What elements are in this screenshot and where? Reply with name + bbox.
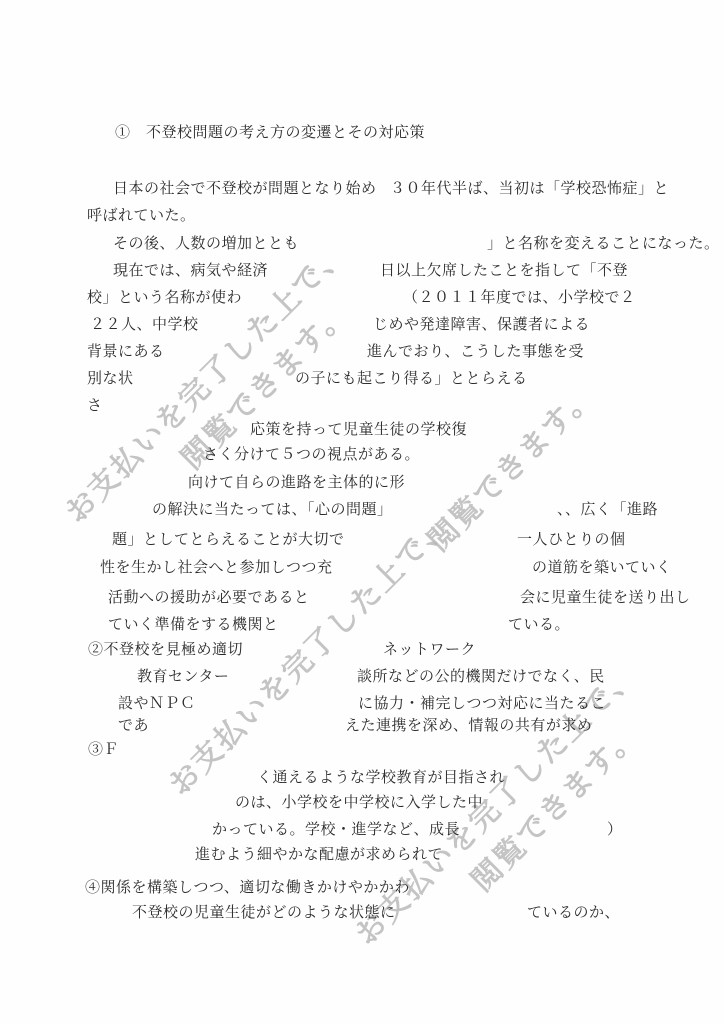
text-segment: 活動への援助が必要であると: [108, 588, 310, 608]
text-segment: ていく準備をする機関と: [108, 615, 279, 635]
text-segment: さく分けて５つの視点がある。: [203, 445, 420, 465]
text-segment: 応策を持って児童生徒の学校復: [250, 420, 467, 440]
text-segment: 設やＮＰＣ: [118, 694, 196, 714]
text-segment: く通えるような学校教育が目指され: [257, 768, 505, 788]
text-segment: 別な状: [87, 369, 134, 389]
text-segment: ている。: [508, 615, 570, 635]
text-segment: えた連携を深め、情報の共有が求め: [345, 716, 592, 736]
text-segment: 不登校の児童生徒がどのような状態に: [132, 903, 396, 923]
text-segment: ④関係を構築しつつ、適切な働きかけやかかわ: [85, 878, 410, 898]
text-segment: ３０年代半ば、当初は「学校恐怖症」と: [390, 179, 669, 199]
text-segment: 」と名称を変えることになった。: [487, 234, 720, 254]
text-segment: ネットワーク: [383, 640, 476, 660]
text-segment: ②不登校を見極め適切: [88, 640, 243, 660]
text-segment: のは、小学校を中学校に入学した中: [235, 793, 483, 813]
text-segment: 呼ばれていた。: [87, 206, 196, 226]
text-segment: ③Ｆ: [88, 740, 119, 760]
text-segment: 会に児童生徒を送り出し: [520, 588, 691, 608]
text-segment: 日本の社会で不登校が問題となり始め: [113, 179, 377, 199]
text-segment: の道筋を築いていく: [532, 558, 672, 578]
text-segment: ２２人、中学校: [90, 315, 199, 335]
text-segment: 題」としてとらえることが大切で: [112, 530, 345, 550]
text-segment: 向けて自らの進路を主体的に形: [188, 473, 405, 493]
text-segment: の子にも起こり得る」ととらえる: [295, 369, 528, 389]
text-segment: じめや発達障害、保護者による: [373, 315, 590, 335]
text-segment: 、、広く「進路: [557, 500, 658, 520]
text-segment: 校」という名称が使わ: [87, 288, 242, 308]
text-segment: （２０１１年度では、小学校で２: [403, 288, 636, 308]
text-segment: ）: [607, 820, 623, 840]
text-segment: 進んでおり、こうした事態を受: [367, 342, 584, 362]
text-segment: 背景にある: [87, 342, 165, 362]
text-segment: であ: [118, 716, 149, 736]
text-segment: 教育センター: [137, 667, 229, 687]
text-segment: かっている。学校・進学など、成長: [212, 820, 460, 840]
text-segment: に協力・補完しつつ対応に当たるこ: [358, 694, 606, 714]
text-segment: その後、人数の増加ととも: [113, 234, 299, 254]
text-segment: 談所などの公的機関だけでなく、民: [357, 667, 605, 687]
text-segment: 一人ひとりの個: [517, 530, 626, 550]
text-segment: の解決に当たっては、「心の問題」: [152, 500, 393, 520]
text-segment: 性を生かし社会へと参加しつつ充: [100, 558, 333, 578]
document-page: お支払いを完了した上で、閲覧できます。閲覧できます。お支払いを完了した上で、お支…: [0, 0, 724, 1024]
text-segment: 現在では、病気や経済: [113, 261, 268, 281]
text-segment: 日以上欠席したことを指して「不登: [380, 261, 628, 281]
text-segment: ① 不登校問題の考え方の変遷とその対応策: [115, 123, 425, 143]
text-segment: さ: [87, 396, 103, 416]
text-segment: 進むよう細やかな配慮が求められて: [195, 845, 443, 865]
text-segment: ているのか、: [527, 903, 620, 923]
